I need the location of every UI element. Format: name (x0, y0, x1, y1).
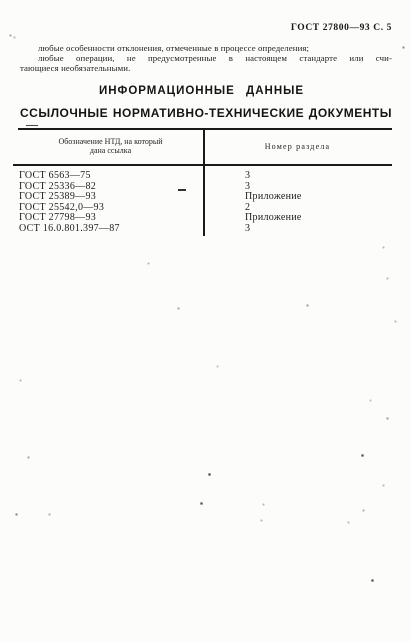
column-header-section-number: Номер раздела (203, 130, 392, 162)
body-paragraph: любые особенности отклонения, отмеченные… (20, 43, 392, 73)
table-body: ГОСТ 6563—75 3 ГОСТ 25336—82 3 ГОСТ 2538… (18, 162, 392, 234)
ntd-designation-cell: ГОСТ 6563—75 (18, 171, 203, 182)
column-divider (203, 130, 205, 236)
section-heading-reference-documents: ССЫЛОЧНЫЕ НОРМАТИВНО-ТЕХНИЧЕСКИЕ ДОКУМЕН… (20, 106, 392, 120)
section-number-cell: 3 (203, 171, 250, 182)
paragraph-line: тающиеся необязательными. (20, 63, 392, 73)
table-row: ГОСТ 6563—75 3 (18, 171, 392, 182)
running-header: ГОСТ 27800—93 С. 5 (0, 23, 392, 33)
section-heading-informational-data: ИНФОРМАЦИОННЫЕ ДАННЫЕ (0, 85, 403, 97)
ntd-designation-cell: ОСТ 16.0.801.397—87 (18, 224, 203, 235)
section-number-cell: Приложение (203, 213, 302, 224)
scan-artifact-dash (178, 189, 186, 191)
table-row: ГОСТ 25389—93 Приложение (18, 192, 392, 203)
document-page: ГОСТ 27800—93 С. 5 любые особенности отк… (0, 0, 411, 642)
column-header-ntd-designation: Обозначение НТД, на который дана ссылка (18, 130, 203, 162)
table-row: ОСТ 16.0.801.397—87 3 (18, 224, 392, 235)
paragraph-line: любые особенности отклонения, отмеченные… (20, 43, 392, 53)
section-number-cell: 2 (203, 203, 250, 214)
section-number-cell: Приложение (203, 192, 302, 203)
ntd-designation-cell: ГОСТ 25389—93 (18, 192, 203, 203)
ntd-designation-cell: ГОСТ 27798—93 (18, 213, 203, 224)
paragraph-line: любые операции, не предусмотренные в нас… (20, 53, 392, 63)
reference-documents-table: Обозначение НТД, на который дана ссылка … (18, 128, 392, 236)
section-number-cell: 3 (203, 182, 250, 193)
scan-noise-specks (0, 0, 1, 1)
table-header-row: Обозначение НТД, на который дана ссылка … (18, 130, 392, 162)
scan-artifact-tick (26, 125, 38, 126)
section-number-cell: 3 (203, 224, 250, 235)
table-row: ГОСТ 27798—93 Приложение (18, 213, 392, 224)
